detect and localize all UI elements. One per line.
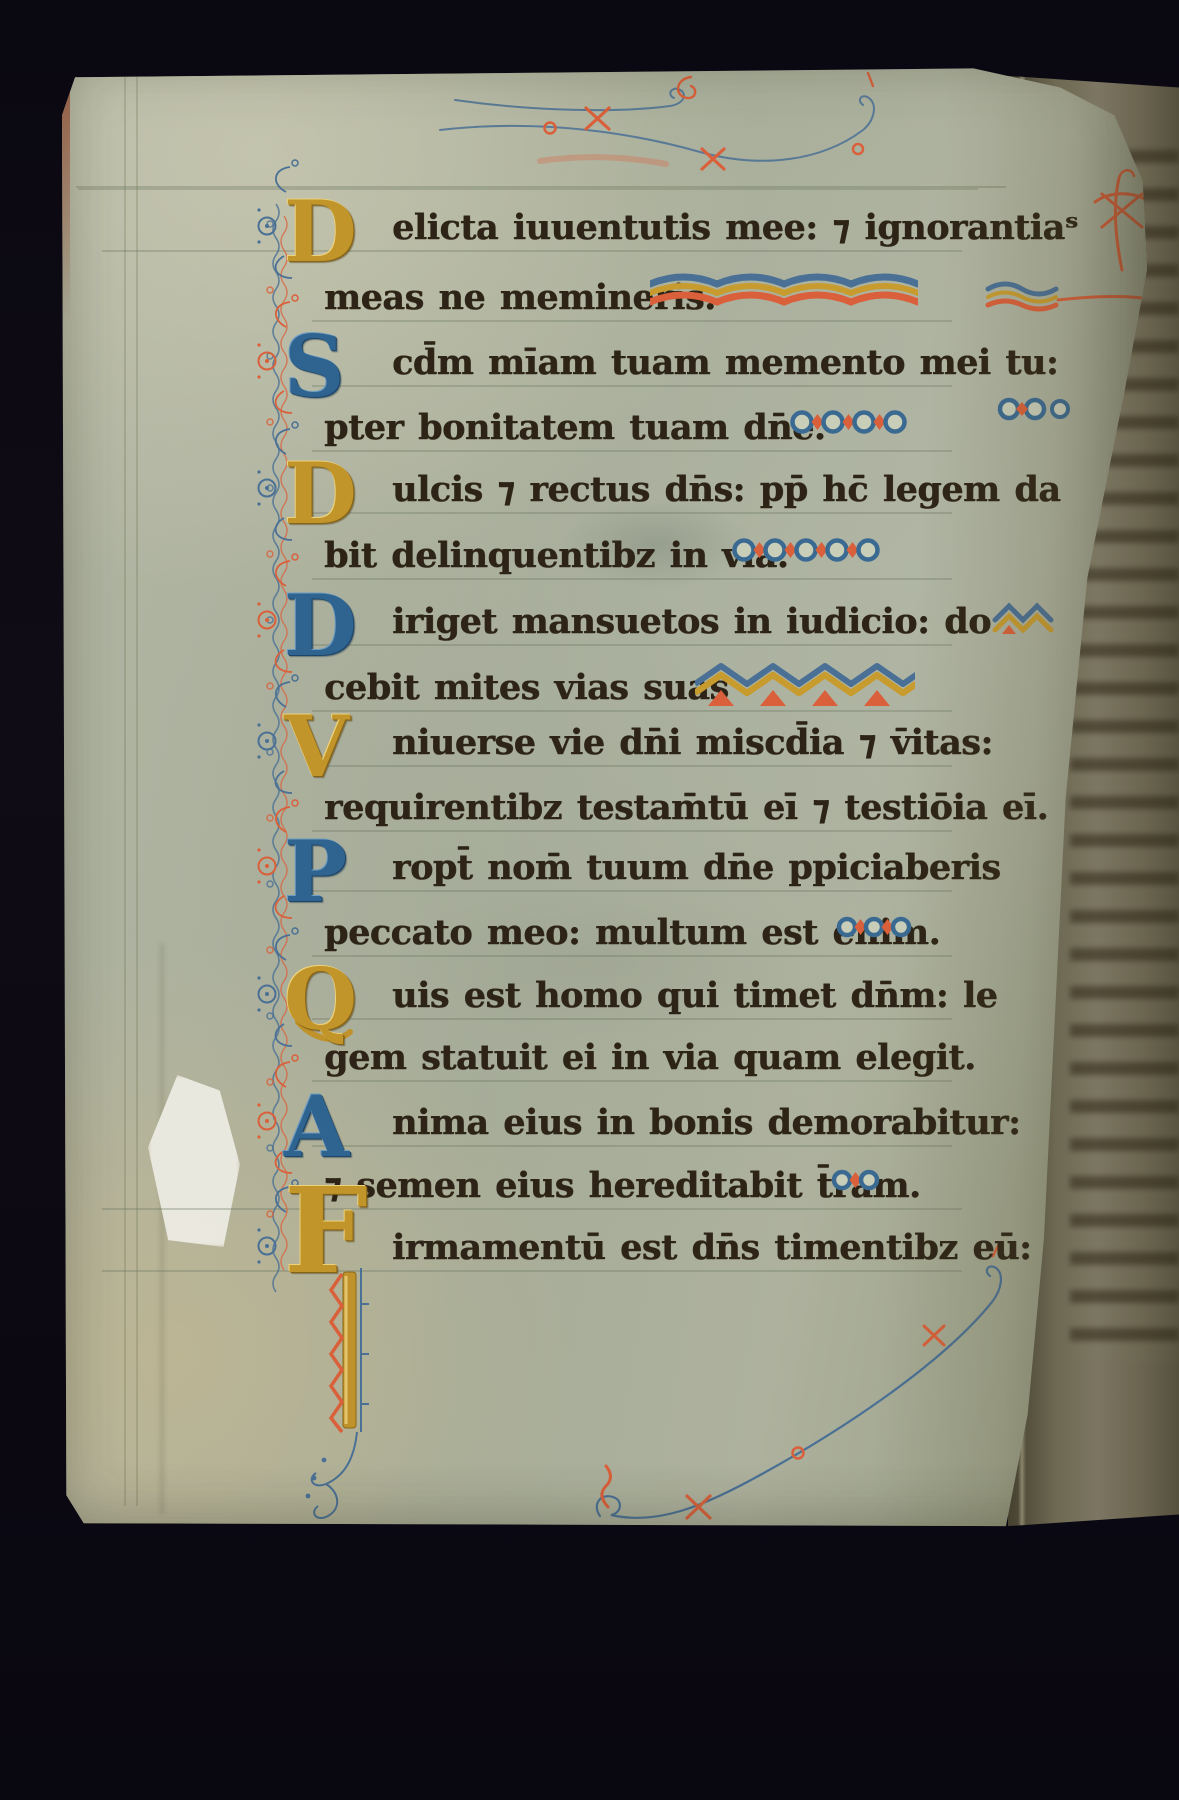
text-line: nima eius in bonis demorabitur: — [392, 1100, 1020, 1146]
text-line: uis est homo qui timet dn̄m: le — [392, 973, 997, 1019]
text-line: iriget mansuetos in iudicio: do — [392, 599, 991, 645]
text-line-row: Scd̄m mīam tuam memento mei tu: — [62, 335, 1147, 391]
illuminated-initial: S — [284, 325, 345, 409]
text-line-row: pter bonitatem tuam dn̄e. — [62, 400, 1147, 456]
text-line: irmamentū est dn̄s timentibz eū: — [392, 1225, 1031, 1271]
beads-small-filler — [828, 1160, 892, 1210]
illuminated-initial: D — [284, 190, 357, 274]
illuminated-initial: D — [284, 584, 357, 668]
text-line-row: meas ne memineris. — [62, 270, 1147, 326]
text-line-row: Firmamentū est dn̄s timentibz eū: — [62, 1220, 1147, 1276]
text-line: requirentibz testam̄tū eī ⁊ testiōia eī. — [324, 785, 1048, 831]
text-line-row: Quis est homo qui timet dn̄m: le — [62, 968, 1147, 1024]
text-line-row: Propt̄ nom̄ tuum dn̄e ppiciaberis — [62, 840, 1147, 896]
text-line: elicta iuuentutis mee: ⁊ ignorantiaˢ — [392, 205, 1078, 251]
zigzag-filler — [695, 662, 915, 712]
text-line-row: Delicta iuuentutis mee: ⁊ ignorantiaˢ — [62, 200, 1147, 256]
text-line-row: gem statuit ei in via quam elegit. — [62, 1030, 1147, 1086]
text-line-row: Dulcis ⁊ rectus dn̄s: pp̄ hc̄ legem da — [62, 462, 1147, 518]
red-stained-edge-top — [62, 64, 442, 73]
wave-filler — [650, 272, 918, 322]
text-line-row: requirentibz testam̄tū eī ⁊ testiōia eī. — [62, 780, 1147, 836]
illuminated-initial: Q — [284, 958, 357, 1042]
text-line-row: Vniuerse vie dn̄i miscd̄ia ⁊ v̄itas: — [62, 715, 1147, 771]
illuminated-initial: F — [284, 1172, 368, 1290]
photo-background: Delicta iuuentutis mee: ⁊ ignorantiaˢmea… — [0, 0, 1179, 1800]
text-line-row: cebit mites vias suas — [62, 660, 1147, 716]
text-line: niuerse vie dn̄i miscd̄ia ⁊ v̄itas: — [392, 720, 993, 766]
text-line: gem statuit ei in via quam elegit. — [324, 1035, 976, 1081]
illuminated-initial: P — [284, 830, 347, 914]
text-line-row: Anima eius in bonis demorabitur: — [62, 1095, 1147, 1151]
text-line-row: peccato meo: multum est enim. — [62, 905, 1147, 961]
illuminated-initial: V — [284, 705, 349, 789]
text-line-row: ⁊ semen eius hereditabit t̄ram. — [62, 1158, 1147, 1214]
lines-layer: Delicta iuuentutis mee: ⁊ ignorantiaˢmea… — [62, 64, 1147, 1532]
illuminated-initial: A — [284, 1085, 349, 1169]
text-line: ropt̄ nom̄ tuum dn̄e ppiciaberis — [392, 845, 1000, 891]
text-line-row: Diriget mansuetos in iudicio: do — [62, 594, 1147, 650]
manuscript-page: Delicta iuuentutis mee: ⁊ ignorantiaˢmea… — [62, 64, 1147, 1532]
text-line: ulcis ⁊ rectus dn̄s: pp̄ hc̄ legem da — [392, 467, 1060, 513]
illuminated-initial: D — [284, 452, 357, 536]
text-line-row: bit delinquentibz in via. — [62, 528, 1147, 584]
beads-small-filler — [833, 907, 913, 957]
beads-filler — [730, 530, 898, 580]
text-line: cebit mites vias suas — [324, 665, 729, 711]
text-line: pter bonitatem tuam dn̄e. — [324, 405, 825, 451]
beads-filler — [788, 402, 912, 452]
text-line: bit delinquentibz in via. — [324, 533, 788, 579]
text-line: cd̄m mīam tuam memento mei tu: — [392, 340, 1058, 386]
